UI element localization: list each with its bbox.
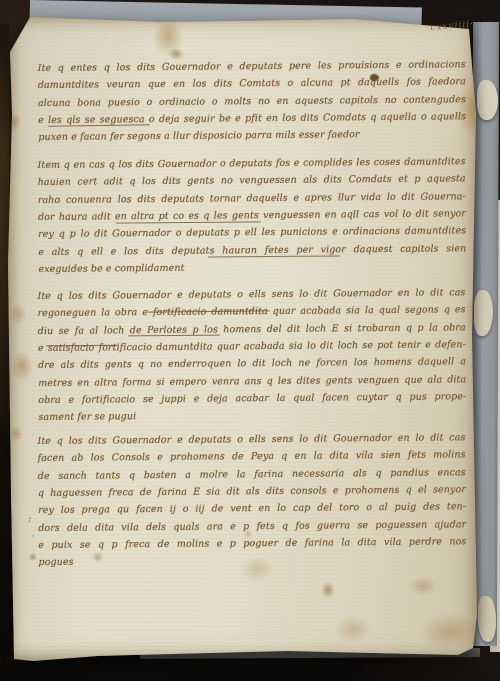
paragraph-3: Ite q los dits Gouernador e deputats o e… (37, 284, 466, 426)
margin-mark: : (28, 514, 31, 525)
text-line: puxen e facan fer segons a llur disposic… (38, 126, 466, 147)
text-line: sament fer se pugui (38, 406, 466, 427)
text-line: pogues (38, 551, 466, 572)
margin-mark: · (32, 532, 35, 542)
page-damage-fragment (478, 596, 496, 642)
paragraph-4: Ite q los dits Gouernador e deputats o e… (37, 429, 466, 571)
text-line: exeguides be e complidament (38, 257, 466, 278)
handwritten-content: cxxviiij· Ite q entes q los dits Gouerna… (8, 14, 480, 662)
paragraph-1: Ite q entes q los dits Gouernador e depu… (38, 56, 467, 146)
photo-background: cxxviiij· Ite q entes q los dits Gouerna… (0, 0, 500, 681)
manuscript-page: cxxviiij· Ite q entes q los dits Gouerna… (8, 14, 480, 662)
page-damage-fragment (477, 80, 498, 120)
paragraph-2: Item q en cas q los dits Gouernador o de… (37, 153, 466, 278)
ink-blot (370, 74, 379, 81)
folio-number: cxxviiij· (416, 19, 475, 34)
